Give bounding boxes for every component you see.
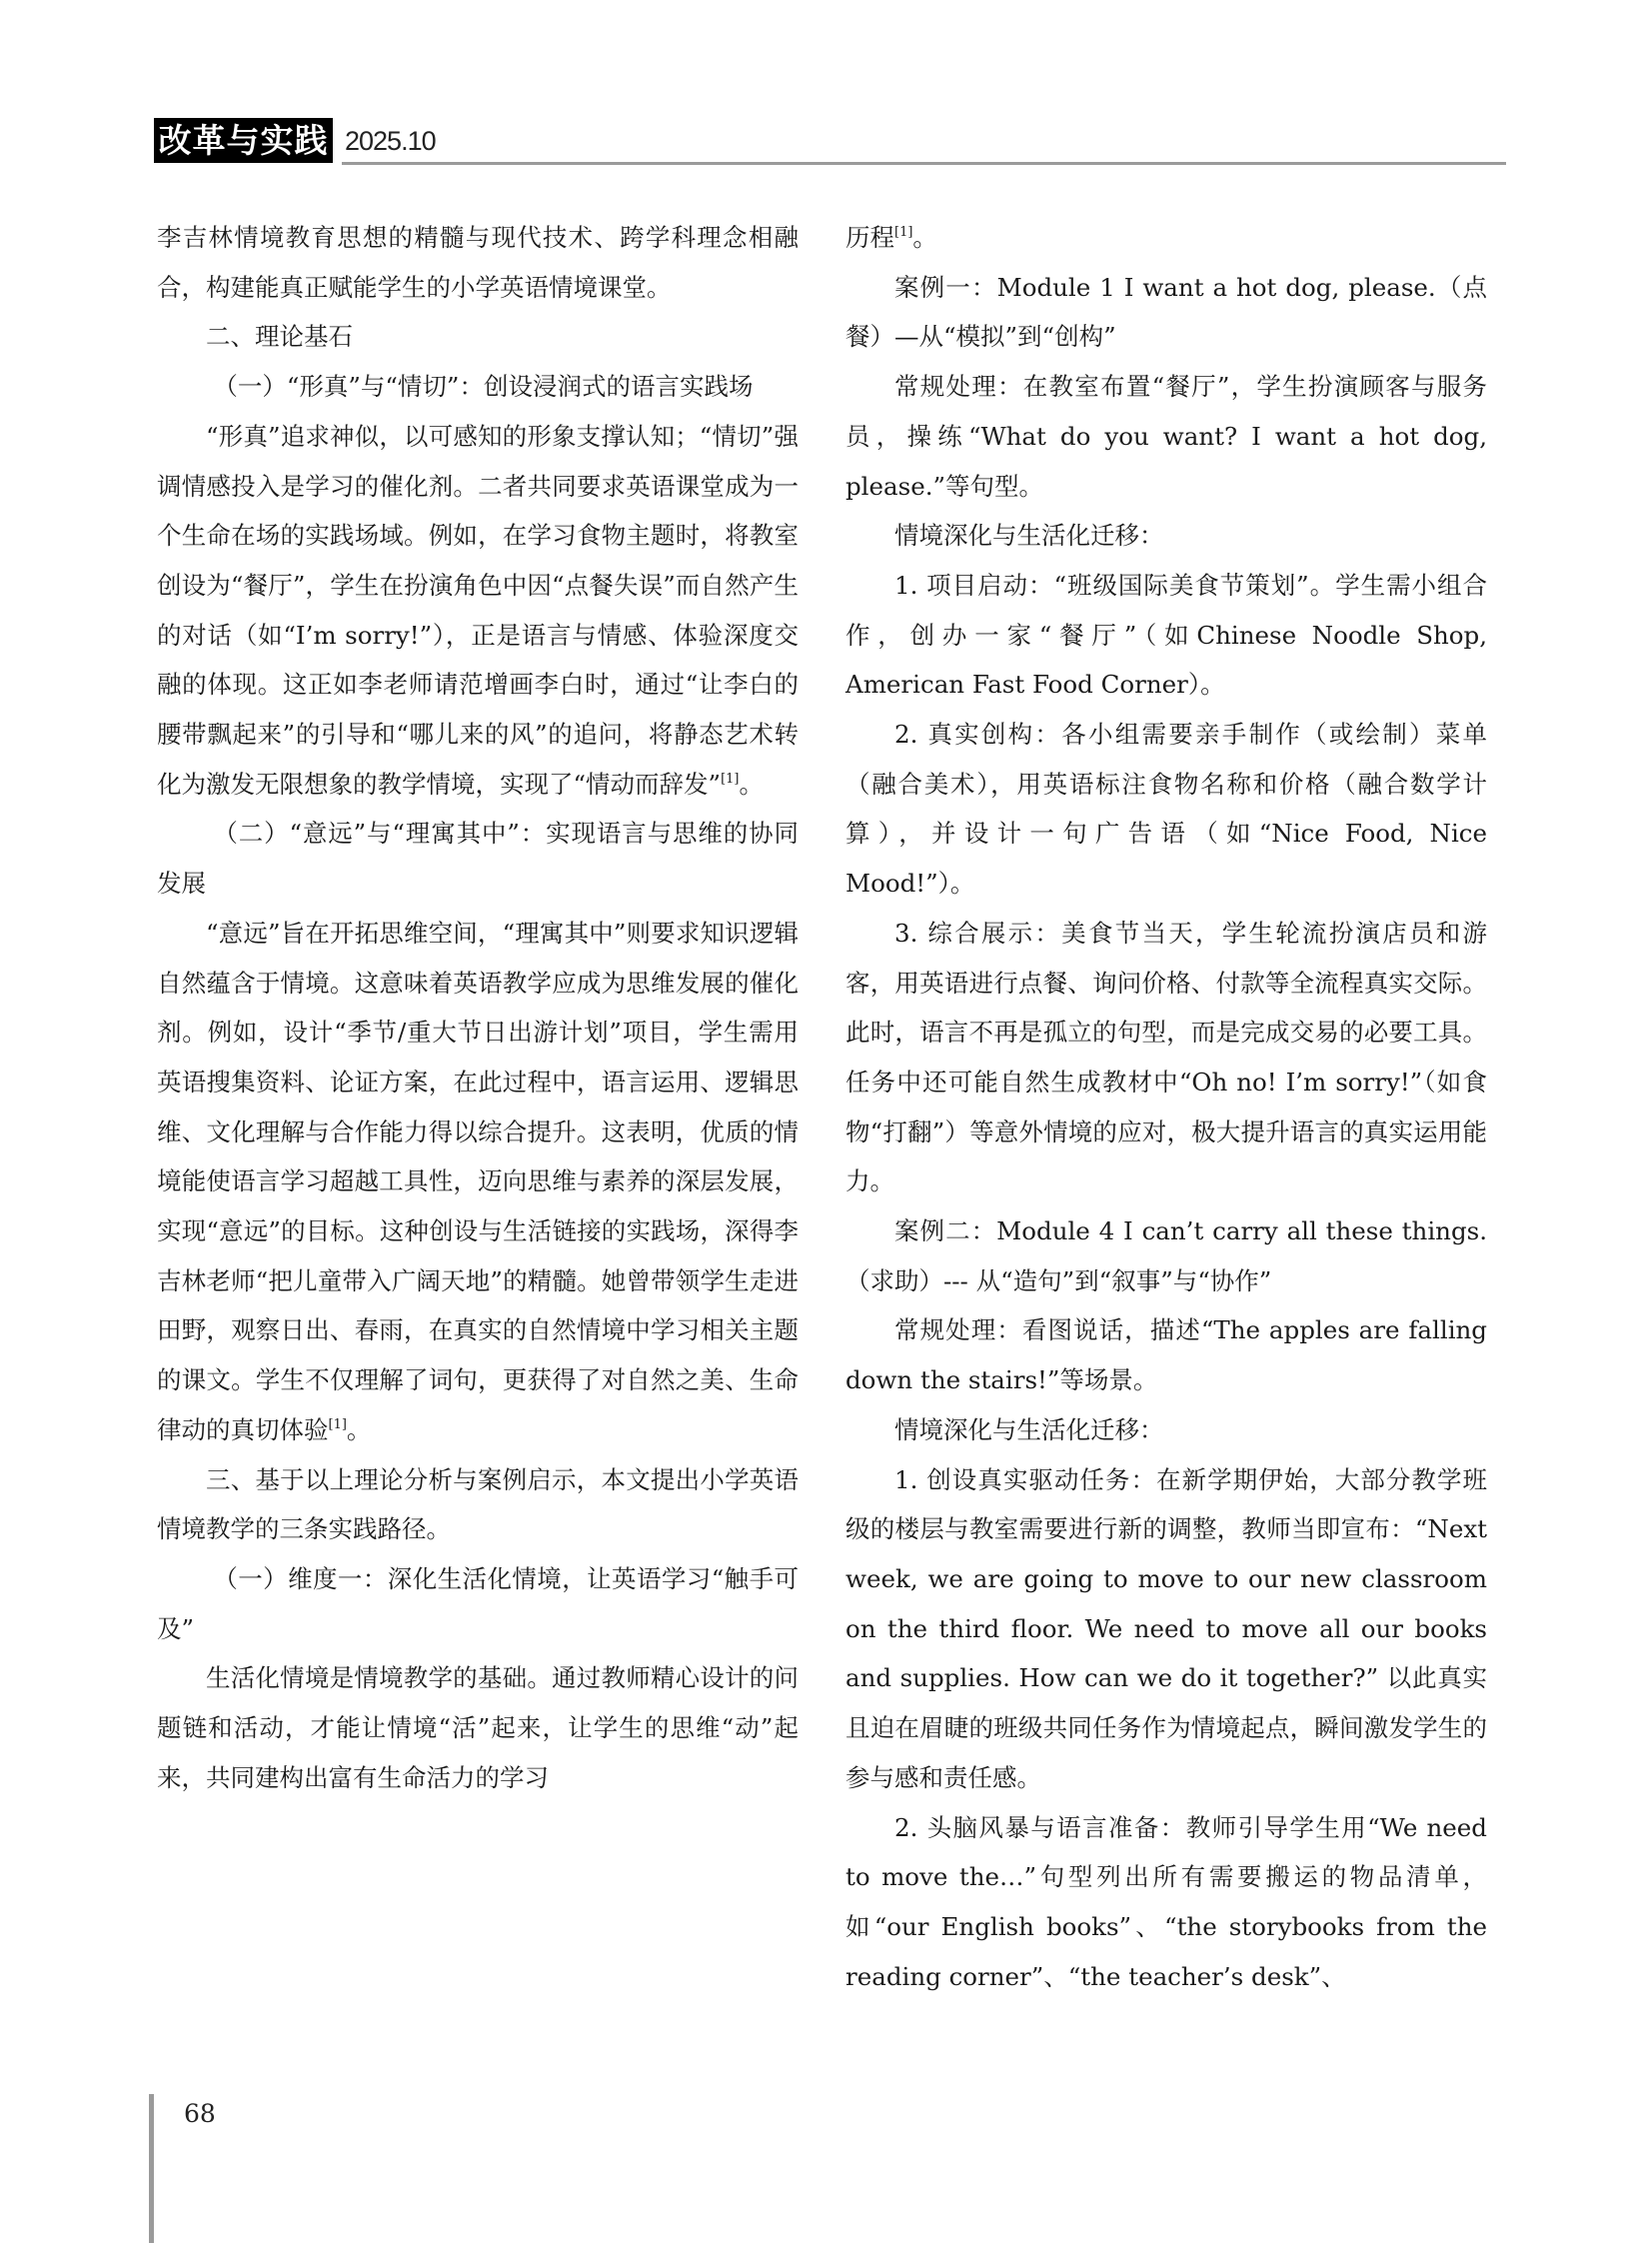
right-column: 历程[1]。 案例一：Module 1 I want a hot dog, pl…	[845, 213, 1487, 2001]
paragraph-tail: 。	[912, 223, 937, 252]
list-item: 2. 头脑风暴与语言准备：教师引导学生用“We need to move the…	[845, 1803, 1487, 2002]
paragraph-label: 情境深化与生活化迁移：	[845, 1405, 1487, 1455]
section-heading: 二、理论基石	[157, 312, 799, 362]
subsection-heading: （一）维度一：深化生活化情境，让英语学习“触手可及”	[157, 1554, 799, 1653]
citation: [1]	[721, 772, 739, 787]
case-heading: 案例二：Module 4 I can’t carry all these thi…	[845, 1206, 1487, 1305]
paragraph-label: 情境深化与生活化迁移：	[845, 511, 1487, 561]
page-number: 68	[184, 2099, 216, 2128]
paragraph-text: 历程	[845, 223, 894, 252]
section-title: 改革与实践	[154, 118, 333, 163]
paragraph-tail: 。	[739, 770, 764, 799]
case-heading: 案例一：Module 1 I want a hot dog, please.（点…	[845, 263, 1487, 362]
paragraph: “意远”旨在开拓思维空间，“理寓其中”则要求知识逻辑自然蕴含于情境。这意味着英语…	[157, 909, 799, 1455]
paragraph-tail: 。	[347, 1415, 372, 1444]
citation: [1]	[894, 225, 912, 240]
paragraph: 常规处理：看图说话，描述“The apples are falling down…	[845, 1305, 1487, 1404]
list-item: 2. 真实创构：各小组需要亲手制作（或绘制）菜单（融合美术），用英语标注食物名称…	[845, 710, 1487, 909]
paragraph-text: “形真”追求神似，以可感知的形象支撑认知；“情切”强调情感投入是学习的催化剂。二…	[157, 422, 799, 799]
paragraph-text: “意远”旨在开拓思维空间，“理寓其中”则要求知识逻辑自然蕴含于情境。这意味着英语…	[157, 919, 799, 1444]
citation: [1]	[329, 1417, 347, 1432]
paragraph: 历程[1]。	[845, 213, 1487, 263]
paragraph: 生活化情境是情境教学的基础。通过教师精心设计的问题链和活动，才能让情境“活”起来…	[157, 1653, 799, 1802]
list-item: 1. 项目启动：“班级国际美食节策划”。学生需小组合作，创办一家“餐厅”（如Ch…	[845, 561, 1487, 710]
paragraph: 李吉林情境教育思想的精髓与现代技术、跨学科理念相融合，构建能真正赋能学生的小学英…	[157, 213, 799, 312]
footer-bar	[149, 2094, 154, 2243]
paragraph: 常规处理：在教室布置“餐厅”，学生扮演顾客与服务员，操练“What do you…	[845, 362, 1487, 511]
subsection-heading: （一）“形真”与“情切”：创设浸润式的语言实践场	[157, 362, 799, 412]
subsection-heading: （二）“意远”与“理寓其中”：实现语言与思维的协同发展	[157, 809, 799, 908]
header-divider	[342, 162, 1506, 165]
section-heading: 三、基于以上理论分析与案例启示，本文提出小学英语情境教学的三条实践路径。	[157, 1455, 799, 1554]
list-item: 1. 创设真实驱动任务：在新学期伊始，大部分教学班级的楼层与教室需要进行新的调整…	[845, 1455, 1487, 1803]
issue-date: 2025.10	[345, 126, 436, 157]
paragraph: “形真”追求神似，以可感知的形象支撑认知；“情切”强调情感投入是学习的催化剂。二…	[157, 412, 799, 810]
list-item: 3. 综合展示：美食节当天，学生轮流扮演店员和游客，用英语进行点餐、询问价格、付…	[845, 909, 1487, 1206]
left-column: 李吉林情境教育思想的精髓与现代技术、跨学科理念相融合，构建能真正赋能学生的小学英…	[157, 213, 799, 1803]
